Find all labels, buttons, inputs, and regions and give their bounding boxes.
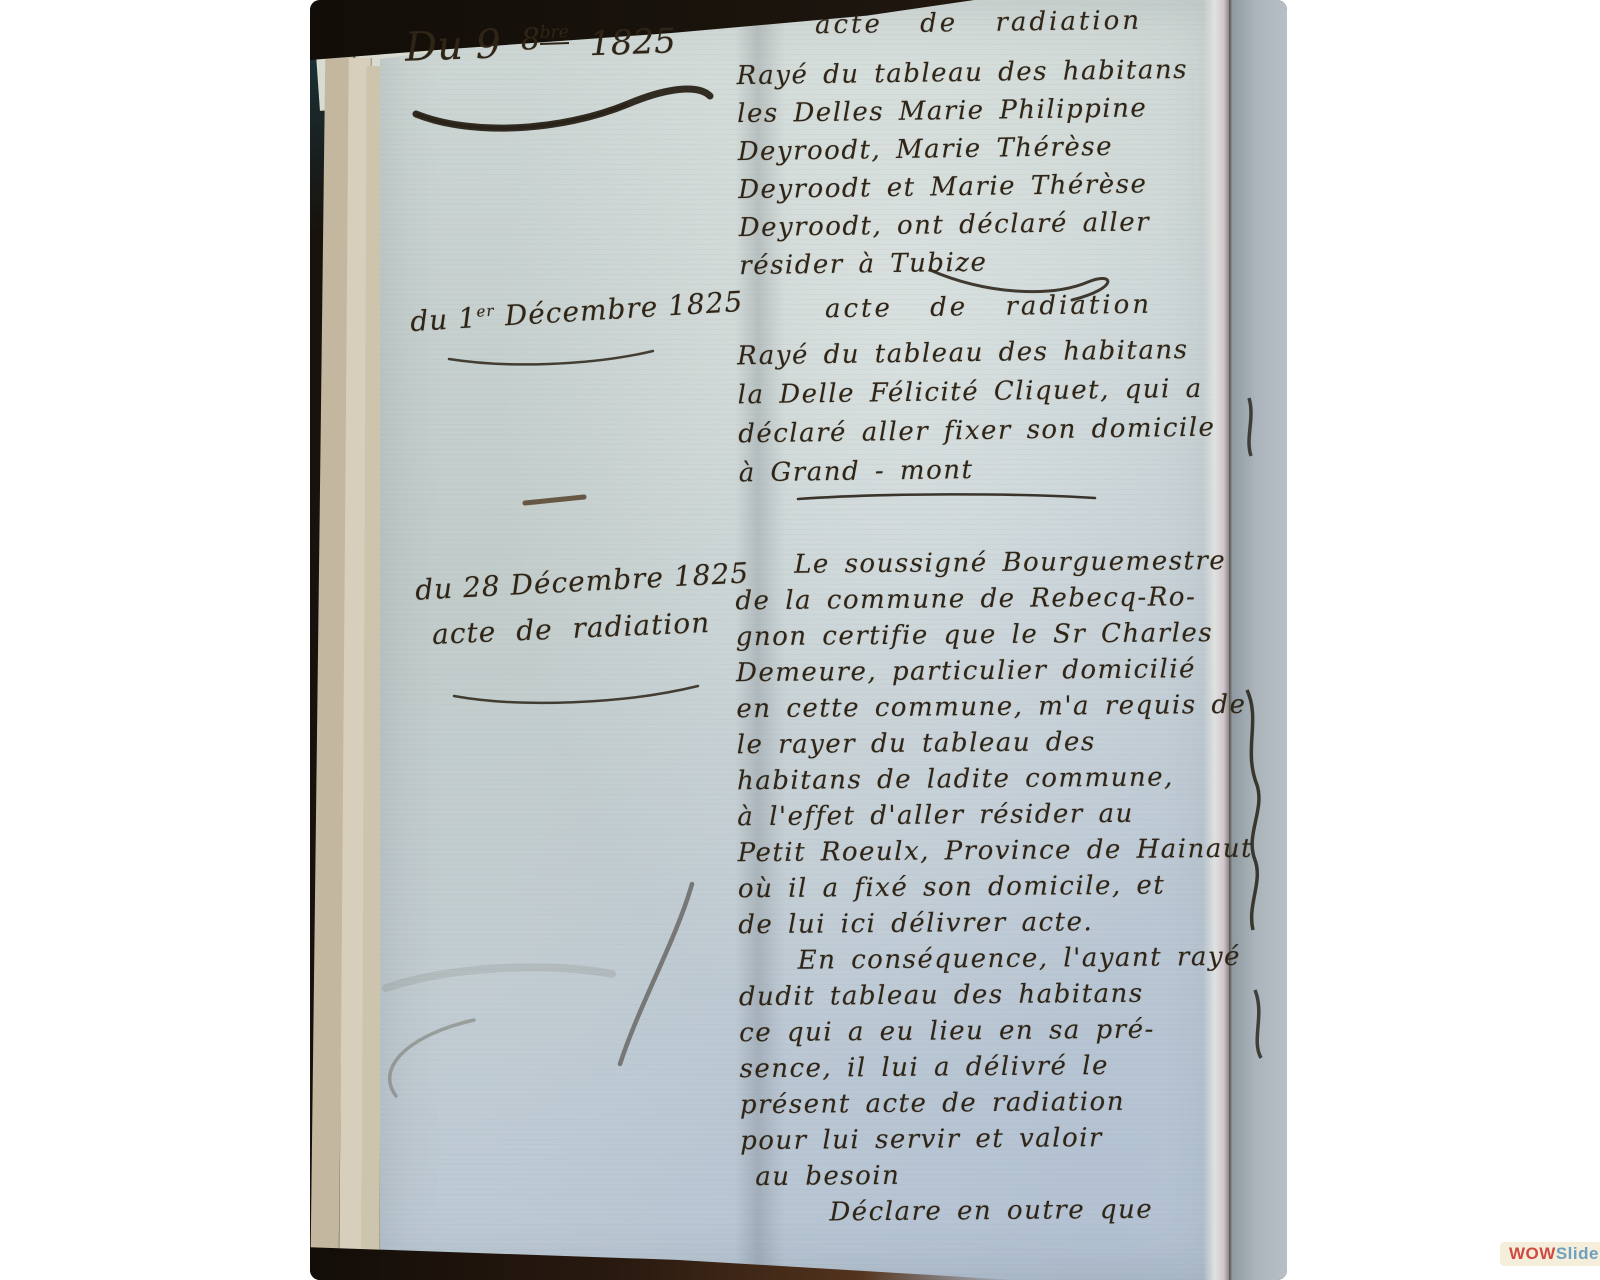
year: 1825 [588, 15, 676, 64]
manuscript-line: Rayé du tableau des habitans [736, 55, 1188, 99]
manuscript-line: la Delle Félicité Cliquet, qui a [737, 374, 1215, 420]
date-prefix: Du 9 [404, 21, 502, 70]
manuscript-line: résider à Tubize [739, 245, 1191, 289]
wowslider-watermark-link[interactable]: WOWSlider [1500, 1242, 1600, 1266]
ink-dash [522, 493, 588, 507]
manuscript-line: de lui ici délivrer acte. [738, 906, 1254, 946]
manuscript-line: de la commune de Rebecq-Ro- [735, 582, 1251, 622]
ink-flourish [445, 345, 660, 371]
manuscript-line: Déclare en outre que [741, 1194, 1257, 1234]
manuscript-line: présent acte de radiation [740, 1086, 1256, 1126]
screenshot-canvas: Du 9 8bre 1825 du 1er Décembre 1825 du 2… [0, 0, 1600, 1280]
manuscript-line: au besoin [740, 1158, 1256, 1198]
ink-flourish [410, 78, 720, 140]
manuscript-line: ce qui a eu lieu en sa pré- [739, 1014, 1255, 1054]
ink-bleedthrough-loop [362, 1010, 492, 1110]
wowslider-logo-wow: WOW [1509, 1244, 1556, 1263]
manuscript-line: les Delles Marie Philippine [737, 93, 1189, 137]
act3-body: Le soussigné Bourguemestrede la commune … [735, 546, 1256, 1234]
manuscript-line: Deyroodt et Marie Thérèse [738, 169, 1190, 213]
manuscript-line: dudit tableau des habitans [739, 978, 1255, 1018]
manuscript-photo: Du 9 8bre 1825 du 1er Décembre 1825 du 2… [310, 0, 1287, 1280]
manuscript-line: Rayé du tableau des habitans [737, 335, 1215, 381]
act2-body: Rayé du tableau des habitansla Delle Fél… [737, 335, 1216, 498]
manuscript-line: gnon certifie que le Sr Charles [736, 618, 1252, 658]
ink-flourish [450, 678, 705, 710]
manuscript-line: Deyroodt, ont déclaré aller [739, 207, 1191, 251]
manuscript-line: le rayer du tableau des [737, 726, 1253, 766]
manuscript-line: à Grand - mont [739, 452, 1217, 498]
manuscript-line: pour lui servir et valoir [740, 1122, 1256, 1162]
act1-title: acte de radiation [815, 6, 1142, 41]
manuscript-line: sence, il lui a délivré le [739, 1050, 1255, 1090]
manuscript-line: déclaré aller fixer son domicile [738, 413, 1216, 459]
act2-title: acte de radiation [825, 290, 1152, 325]
manuscript-line: Petit Roeulx, Province de Hainaut [738, 834, 1254, 874]
ink-bleedthrough-smudge [380, 948, 620, 1008]
act1-body: Rayé du tableau des habitansles Delles M… [736, 55, 1190, 289]
ink-bleedthrough-stroke [610, 878, 705, 1073]
manuscript-line: en cette commune, m'a requis de [736, 690, 1252, 730]
month-abbreviation: 8bre [520, 19, 569, 58]
manuscript-line: En conséquence, l'ayant rayé [738, 942, 1254, 982]
manuscript-line: où il a fixé son domicile, et [738, 870, 1254, 910]
manuscript-line: à l'effet d'aller résider au [737, 798, 1253, 838]
manuscript-line: Deyroodt, Marie Thérèse [737, 131, 1189, 175]
margin-entry-date-1: Du 9 8bre 1825 [404, 15, 676, 70]
manuscript-line: habitans de ladite commune, [737, 762, 1253, 802]
manuscript-line: Le soussigné Bourguemestre [735, 546, 1251, 586]
wowslider-logo-slider: Slider [1556, 1244, 1600, 1263]
manuscript-line: Demeure, particulier domicilié [736, 654, 1252, 694]
